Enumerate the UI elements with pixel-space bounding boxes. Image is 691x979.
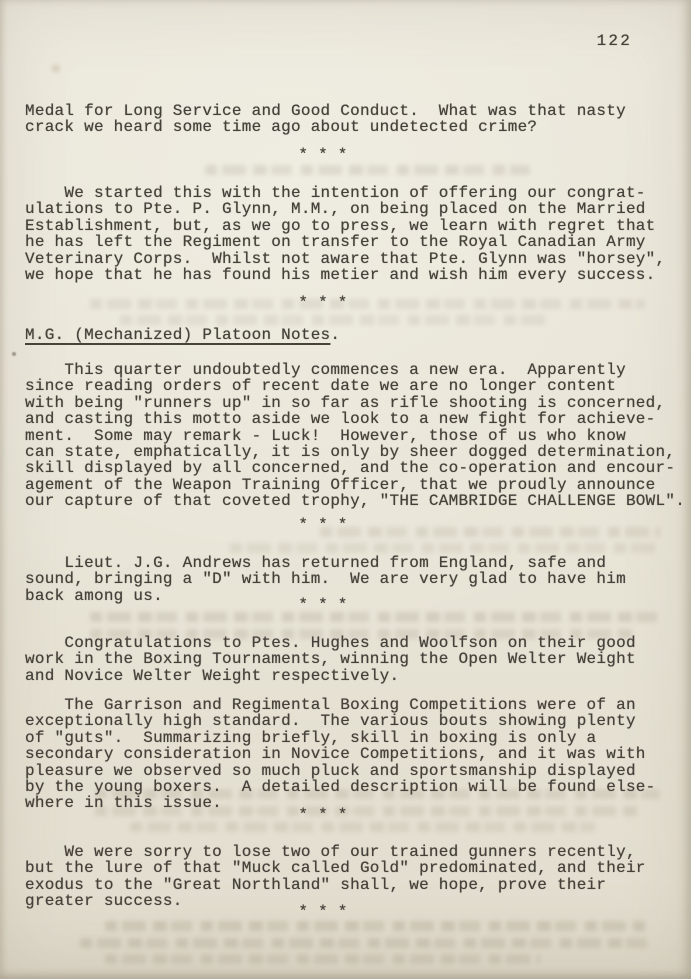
paper-speck	[12, 352, 16, 356]
asterisk-separator: * * *	[25, 597, 621, 613]
bleed-through-ghost-line	[120, 315, 550, 325]
paper-stain	[49, 62, 63, 75]
section-heading-period: .	[330, 326, 340, 344]
paragraph-glynn: We started this with the intention of of…	[25, 185, 665, 283]
bleed-through-ghost-line	[80, 938, 655, 948]
asterisk-separator: * * *	[25, 807, 621, 823]
scanned-document-page: 122 Medal for Long Service and Good Cond…	[0, 0, 691, 979]
paragraph-gunners: We were sorry to lose two of our trained…	[25, 844, 646, 910]
bleed-through-ghost-line	[205, 165, 530, 175]
bleed-through-ghost-line	[130, 822, 595, 832]
section-heading-mg-platoon-notes: M.G. (Mechanized) Platoon Notes.	[25, 327, 340, 343]
bleed-through-ghost-line	[105, 921, 645, 931]
paragraph-medal: Medal for Long Service and Good Conduct.…	[25, 103, 626, 136]
bleed-through-ghost-line	[230, 543, 660, 553]
asterisk-separator: * * *	[25, 517, 621, 533]
asterisk-separator: * * *	[25, 147, 621, 163]
paragraph-boxing-competitions: The Garrison and Regimental Boxing Compe…	[25, 697, 656, 812]
page-number: 122	[0, 33, 632, 49]
asterisk-separator: * * *	[25, 295, 621, 311]
bleed-through-ghost-line	[90, 612, 665, 622]
paragraph-trophy: This quarter undoubtedly commences a new…	[25, 362, 685, 510]
bleed-through-ghost-line	[105, 954, 540, 964]
section-heading-text: M.G. (Mechanized) Platoon Notes	[25, 326, 330, 344]
paragraph-boxing-congrats: Congratulations to Ptes. Hughes and Wool…	[25, 635, 636, 684]
asterisk-separator: * * *	[25, 904, 621, 920]
